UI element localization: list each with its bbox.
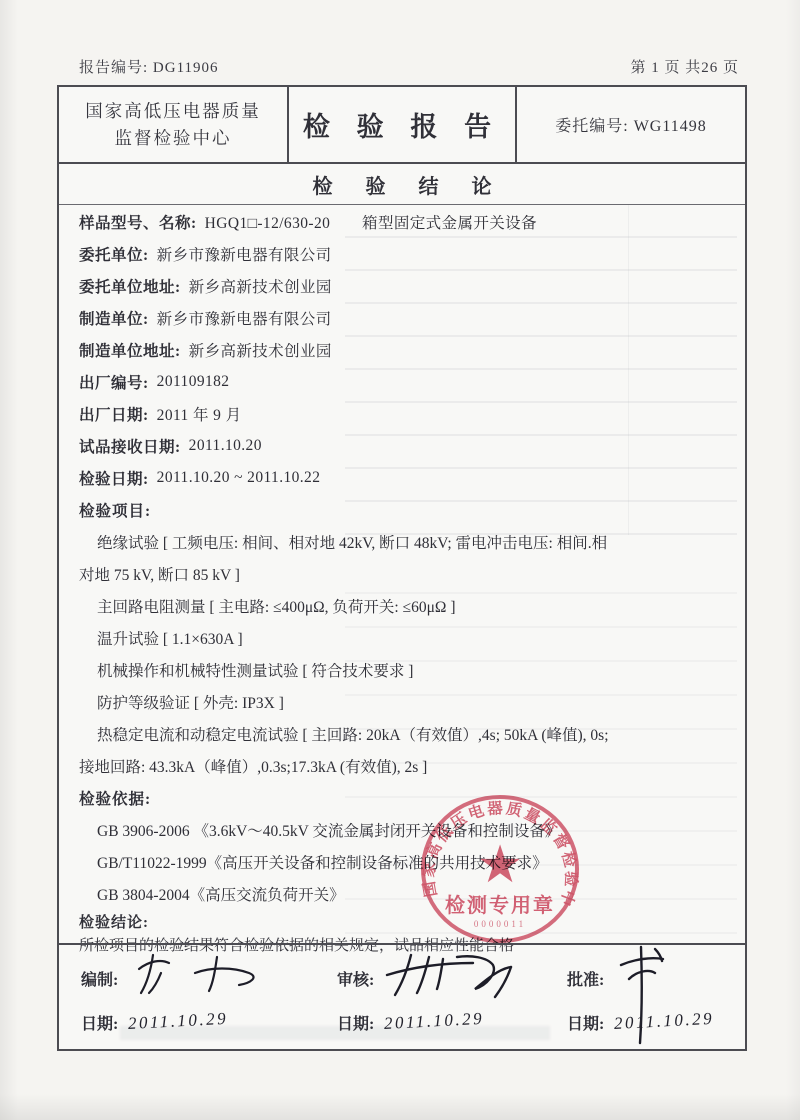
prepared-date-label: 日期:	[81, 1011, 118, 1034]
section-banner-conclusion: 检 验 结 论	[59, 164, 745, 205]
report-title: 检 验 报 告	[289, 87, 517, 162]
test-item-line: 温升试验 [ 1.1×630A ]	[59, 622, 745, 654]
signature-col-approved: 批准: 日期: 2011.10.29	[567, 945, 737, 1049]
signature-col-reviewed: 审核: 日期: 2011.10.29	[337, 945, 562, 1049]
prepared-date-value: 2011.10.29	[128, 1009, 229, 1034]
test-items-heading: 检验项目:	[59, 494, 745, 526]
test-item-line: 绝缘试验 [ 工频电压: 相间、相对地 42kV, 断口 48kV; 雷电冲击电…	[59, 526, 745, 558]
field-row-factory-date: 出厂日期: 2011 年 9 月	[59, 398, 745, 430]
reviewed-signature	[383, 945, 553, 1001]
approved-date-value: 2011.10.29	[614, 1009, 715, 1034]
stamp-seal-graphic: 国家高低压电器质量监督检验中心 ★ 检测专用章 0000011	[410, 786, 590, 952]
reviewed-date-value: 2011.10.29	[384, 1009, 485, 1034]
document-body: 样品型号、名称: HGQ1□-12/630-20 箱型固定式金属开关设备 委托单…	[59, 206, 745, 956]
org-name-line2: 监督检验中心	[115, 125, 232, 151]
test-item-line: 对地 75 kV, 断口 85 kV ]	[59, 558, 745, 590]
field-row-client-address: 委托单位地址: 新乡高新技术创业园	[59, 270, 745, 302]
test-basis-heading: 检验依据:	[59, 782, 745, 814]
commission-number: 委托编号: WG11498	[517, 87, 745, 162]
document-frame: 国家高低压电器质量 监督检验中心 检 验 报 告 委托编号: WG11498 检…	[57, 85, 747, 1051]
approved-label: 批准:	[567, 967, 604, 990]
prepared-date-row: 日期: 2011.10.29	[81, 1011, 229, 1034]
test-basis-line: GB 3906-2006 《3.6kV～40.5kV 交流金属封闭开关设备和控制…	[59, 814, 745, 846]
signature-col-prepared: 编制: 日期: 2011.10.29	[81, 945, 331, 1049]
page-indicator: 第 1 页 共26 页	[630, 56, 745, 77]
commission-number-value: WG11498	[634, 118, 707, 135]
reviewed-date-row: 日期: 2011.10.29	[337, 1011, 485, 1034]
report-number-label: 报告编号:	[79, 60, 148, 76]
page-meta-row: 报告编号: DG11906 第 1 页 共26 页	[57, 52, 745, 80]
field-row-manufacturer: 制造单位: 新乡市豫新电器有限公司	[59, 302, 745, 334]
test-item-line: 防护等级验证 [ 外壳: IP3X ]	[59, 686, 745, 718]
stamp-star-icon: ★	[477, 837, 524, 894]
commission-number-label: 委托编号:	[555, 118, 628, 135]
issuing-organization: 国家高低压电器质量 监督检验中心	[59, 87, 289, 162]
signature-block: 编制: 日期: 2011.10.29 审核:	[59, 943, 745, 1049]
test-item-line: 接地回路: 43.3kA（峰值）,0.3s;17.3kA (有效值), 2s ]	[59, 750, 745, 782]
header-table: 国家高低压电器质量 监督检验中心 检 验 报 告 委托编号: WG11498	[59, 87, 745, 164]
stamp-serial: 0000011	[474, 919, 526, 929]
reviewed-label: 审核:	[337, 967, 374, 990]
field-row-test-date: 检验日期: 2011.10.20 ~ 2011.10.22	[59, 462, 745, 494]
test-basis-line: GB/T11022-1999《高压开关设备和控制设备标准的共用技术要求》	[59, 846, 745, 878]
field-row-factory-number: 出厂编号: 201109182	[59, 366, 745, 398]
inspection-stamp: 国家高低压电器质量监督检验中心 ★ 检测专用章 0000011	[410, 786, 590, 952]
test-item-line: 机械操作和机械特性测量试验 [ 符合技术要求 ]	[59, 654, 745, 686]
stamp-center-label: 检测专用章	[445, 893, 555, 917]
test-basis-line: GB 3804-2004《高压交流负荷开关》	[59, 878, 745, 910]
org-name-line1: 国家高低压电器质量	[85, 98, 261, 124]
report-number-value: DG11906	[153, 60, 219, 76]
approved-date-label: 日期:	[567, 1011, 604, 1034]
report-number: 报告编号: DG11906	[57, 56, 219, 77]
test-item-line: 热稳定电流和动稳定电流试验 [ 主回路: 20kA（有效值）,4s; 50kA …	[59, 718, 745, 750]
field-row-receive-date: 试品接收日期: 2011.10.20	[59, 430, 745, 462]
conclusion-heading: 检验结论:	[59, 910, 745, 933]
approved-date-row: 日期: 2011.10.29	[567, 1011, 715, 1034]
field-row-client: 委托单位: 新乡市豫新电器有限公司	[59, 238, 745, 270]
reviewed-date-label: 日期:	[337, 1011, 374, 1034]
prepared-signature	[131, 947, 291, 1001]
field-row-sample-model: 样品型号、名称: HGQ1□-12/630-20 箱型固定式金属开关设备	[59, 206, 745, 238]
prepared-label: 编制:	[81, 967, 118, 990]
test-item-line: 主回路电阻测量 [ 主电路: ≤400μΩ, 负荷开关: ≤60μΩ ]	[59, 590, 745, 622]
field-row-manufacturer-address: 制造单位地址: 新乡高新技术创业园	[59, 334, 745, 366]
